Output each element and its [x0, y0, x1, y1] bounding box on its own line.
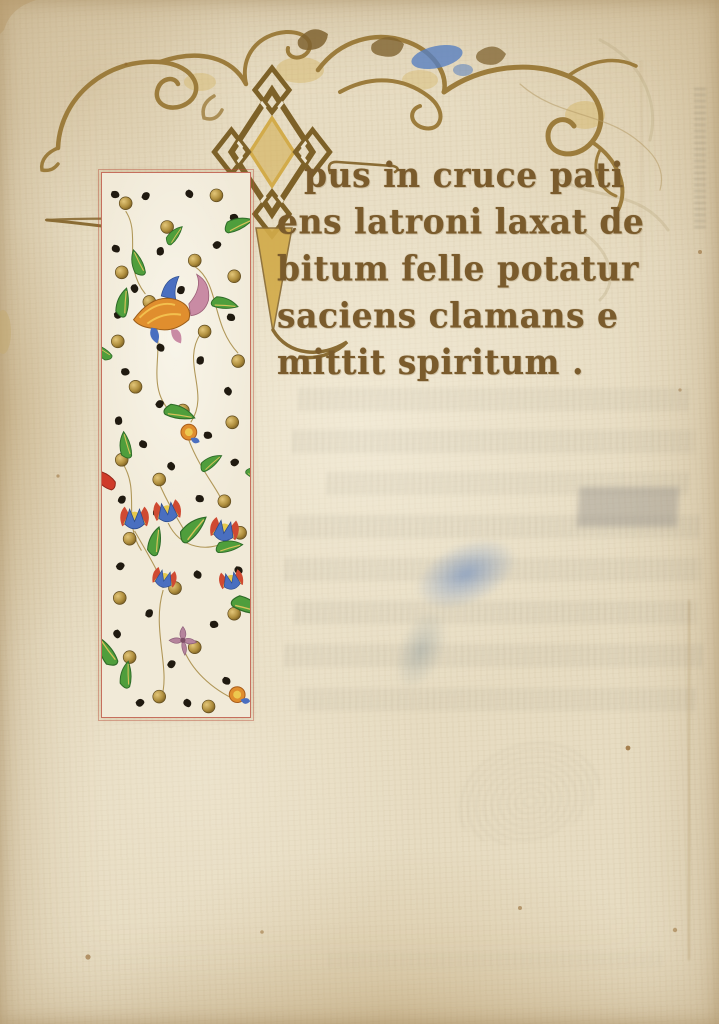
showthrough-ruling-line [688, 600, 690, 960]
floral-border-panel [101, 172, 251, 718]
gothic-text-block: pus in cruce pati ens latroni laxat de b… [277, 152, 637, 386]
text-line: mittit spiritum . [277, 339, 637, 386]
showthrough-ruling-line [641, 60, 642, 270]
text-line: pus in cruce pati [277, 152, 637, 199]
margin-script-ghost [694, 88, 706, 228]
floral-panel-art [102, 173, 250, 717]
text-line: ens latroni laxat de [277, 198, 637, 245]
manuscript-page: pus in cruce pati ens latroni laxat de b… [0, 0, 719, 1024]
showthrough-initial-block [577, 487, 680, 527]
showthrough-bottom-line [330, 952, 660, 968]
orange-acanthus-flower [134, 274, 209, 343]
text-line: saciens clamans e [277, 292, 637, 339]
text-line: bitum felle potatur [277, 245, 637, 292]
